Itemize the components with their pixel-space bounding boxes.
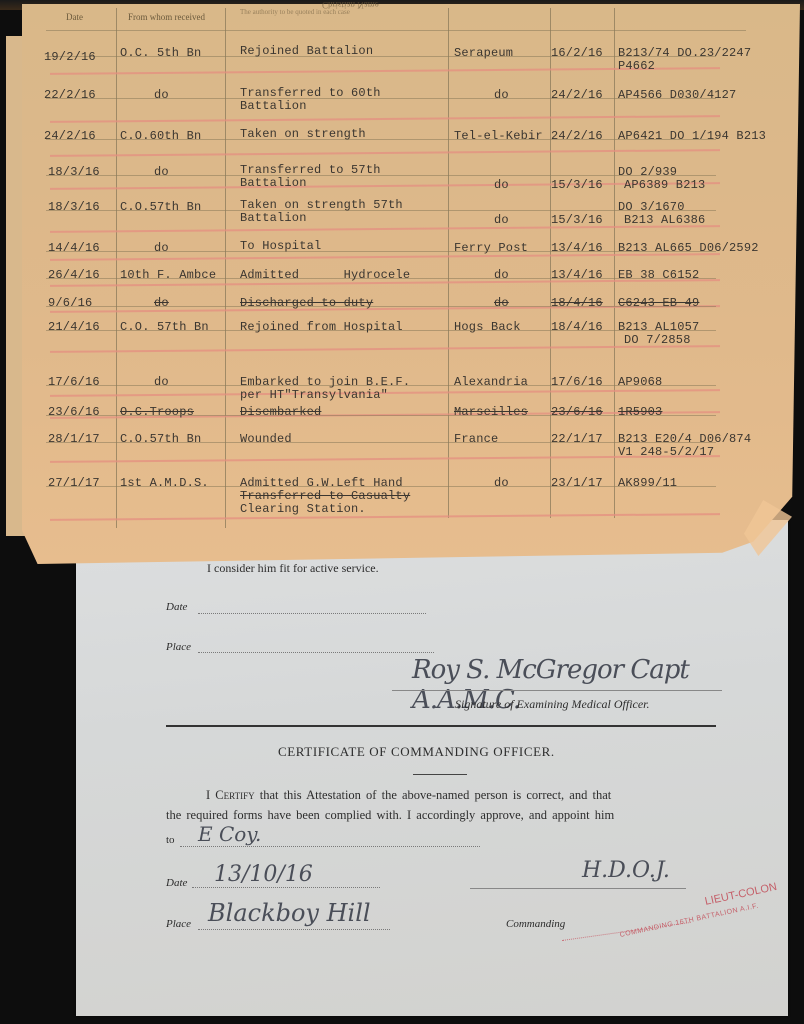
medical-date-field	[198, 613, 426, 614]
row-report-line: Rejoined from Hospital	[240, 320, 403, 335]
co-date-value: 13/10/16	[214, 862, 313, 887]
medical-signature-caption: Signature of Examining Medical Officer.	[455, 697, 650, 712]
medical-signature-line	[392, 690, 722, 691]
certify-line-2: the required forms have been complied wi…	[166, 808, 614, 823]
appoint-to-label: to	[166, 834, 175, 846]
row-date: 23/6/16	[48, 405, 100, 420]
co-signature-line	[470, 888, 686, 889]
column-divider	[116, 8, 117, 528]
co-place-field	[198, 929, 390, 930]
row-date-of-casualty: 18/4/16	[551, 296, 603, 311]
row-date: 22/2/16	[44, 88, 96, 103]
row-place: do	[494, 88, 509, 103]
header-date: Date	[66, 12, 83, 22]
co-place-value: Blackboy Hill	[208, 899, 371, 927]
row-authority-ref: P4662	[618, 59, 655, 74]
row-date-of-casualty: 13/4/16	[551, 241, 603, 256]
commanding-label: Commanding	[506, 918, 565, 930]
row-date: 14/4/16	[48, 241, 100, 256]
row-authority-ref: DO 7/2858	[624, 333, 691, 348]
row-from-whom: do	[154, 88, 169, 103]
section-divider	[166, 725, 716, 727]
row-date: 9/6/16	[48, 296, 92, 311]
row-rule	[46, 251, 716, 252]
row-authority-ref: V1 248-5/2/17	[618, 445, 714, 460]
row-report-line: To Hospital	[240, 239, 321, 254]
row-date-of-casualty: 18/4/16	[551, 320, 603, 335]
row-rule	[46, 175, 716, 176]
row-date: 24/2/16	[44, 129, 96, 144]
co-place-label: Place	[166, 918, 191, 930]
row-place: Alexandria	[454, 375, 528, 390]
row-date-of-casualty: 23/6/16	[551, 405, 603, 420]
attestation-sheet	[76, 520, 788, 1016]
row-authority-ref: B213 AL665 D06/2592	[618, 241, 759, 256]
co-certificate-title: CERTIFICATE OF COMMANDING OFFICER.	[278, 744, 555, 760]
row-date: 18/3/16	[48, 165, 100, 180]
row-place: Tel-el-Kebir	[454, 129, 543, 144]
row-from-whom: C.O.57th Bn	[120, 432, 201, 447]
appoint-to-value: E Coy.	[198, 822, 261, 846]
row-place: Serapeum	[454, 46, 513, 61]
title-rule	[413, 774, 467, 775]
row-rule	[46, 98, 716, 99]
row-authority-ref: AP6421 DO 1/194 B213	[618, 129, 766, 144]
row-date-of-casualty: 24/2/16	[551, 129, 603, 144]
row-from-whom: do	[154, 296, 169, 311]
row-date: 21/4/16	[48, 320, 100, 335]
certify-line-1: I Certify that this Attestation of the a…	[206, 788, 611, 803]
row-from-whom: 1st A.M.D.S.	[120, 476, 209, 491]
row-date-of-casualty: 24/2/16	[551, 88, 603, 103]
row-report-line: Taken on strength	[240, 127, 366, 142]
appoint-to-field	[180, 846, 480, 847]
row-authority-ref: EB 38 C6152	[618, 268, 699, 283]
row-report-line: Admitted Hydrocele	[240, 268, 410, 283]
co-date-label: Date	[166, 877, 187, 889]
row-date-of-casualty: 13/4/16	[551, 268, 603, 283]
row-authority-ref: AP9068	[618, 375, 662, 390]
row-date-of-casualty: 15/3/16	[551, 213, 603, 228]
row-place: do	[494, 178, 509, 193]
row-from-whom: C.O. 57th Bn	[120, 320, 209, 335]
header-from-whom: From whom received	[128, 12, 205, 22]
row-date: 26/4/16	[48, 268, 100, 283]
row-place: do	[494, 213, 509, 228]
row-place: Hogs Back	[454, 320, 521, 335]
row-authority-ref: 1R5903	[618, 405, 662, 420]
row-date: 28/1/17	[48, 432, 100, 447]
row-report-line: Discharged to duty	[240, 296, 373, 311]
row-place: do	[494, 476, 509, 491]
row-date: 17/6/16	[48, 375, 100, 390]
row-authority-ref: B213 AL6386	[624, 213, 705, 228]
row-date-of-casualty: 22/1/17	[551, 432, 603, 447]
row-place: Ferry Post	[454, 241, 528, 256]
row-authority-ref: C6243 EB 49	[618, 296, 699, 311]
row-place: France	[454, 432, 498, 447]
row-from-whom: do	[154, 241, 169, 256]
co-signature: H.D.O.J.	[582, 858, 670, 883]
row-report-line: Battalion	[240, 99, 307, 114]
row-report-line: Battalion	[240, 211, 307, 226]
row-from-whom: O.C. 5th Bn	[120, 46, 201, 61]
row-place: Marseilles	[454, 405, 528, 420]
fit-statement: I consider him fit for active service.	[207, 561, 379, 576]
row-date-of-casualty: 23/1/17	[551, 476, 603, 491]
medical-place-field	[198, 652, 434, 653]
column-divider	[225, 8, 226, 528]
row-report-line: Rejoined Battalion	[240, 44, 373, 59]
row-report-line: Wounded	[240, 432, 292, 447]
row-authority-ref: AK899/11	[618, 476, 677, 491]
header-rule	[46, 30, 746, 31]
medical-date-label: Date	[166, 601, 187, 613]
co-date-field	[192, 887, 380, 888]
header-christian-name-bleed: Christian Name	[322, 0, 379, 10]
row-report-line: Disembarked	[240, 405, 321, 420]
row-rule	[46, 306, 716, 307]
row-date: 19/2/16	[44, 50, 96, 65]
row-from-whom: 10th F. Ambce	[120, 268, 216, 283]
row-report-line: Clearing Station.	[240, 502, 366, 517]
row-authority-ref: AP6389 B213	[624, 178, 705, 193]
row-date-of-casualty: 15/3/16	[551, 178, 603, 193]
row-date-of-casualty: 16/2/16	[551, 46, 603, 61]
certify-word: Certify	[215, 788, 254, 802]
medical-place-label: Place	[166, 641, 191, 653]
row-report-line: per HT"Transylvania"	[240, 388, 388, 403]
row-date: 27/1/17	[48, 476, 100, 491]
row-date-of-casualty: 17/6/16	[551, 375, 603, 390]
row-place: do	[494, 268, 509, 283]
row-place: do	[494, 296, 509, 311]
row-report-line: Battalion	[240, 176, 307, 191]
row-from-whom: do	[154, 165, 169, 180]
row-from-whom: O.C.Troops	[120, 405, 194, 420]
row-from-whom: do	[154, 375, 169, 390]
row-authority-ref: AP4566 D030/4127	[618, 88, 736, 103]
row-from-whom: C.O.60th Bn	[120, 129, 201, 144]
row-date: 18/3/16	[48, 200, 100, 215]
row-from-whom: C.O.57th Bn	[120, 200, 201, 215]
